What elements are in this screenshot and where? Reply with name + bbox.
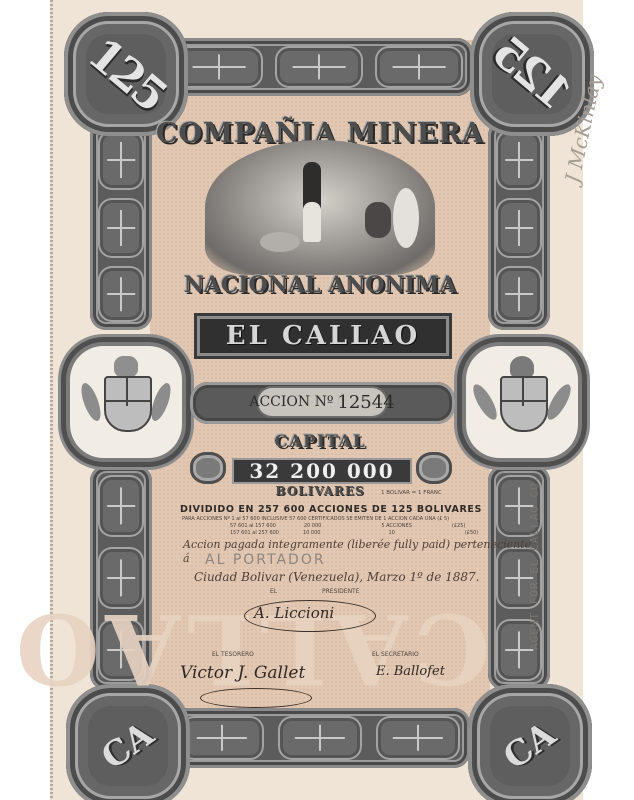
left-seal-icon [190, 452, 226, 484]
company-name: EL CALLAO [226, 321, 420, 351]
president-label-prefix: EL [270, 588, 277, 595]
ornament-cell [98, 266, 144, 322]
president-signature: A. Liccioni [254, 604, 334, 622]
ornament-cell [496, 130, 542, 190]
denomination-125: 125 [78, 28, 174, 120]
table-row: 157 601 al 257 60010 00010(£50) [230, 530, 478, 536]
right-seal-icon [416, 452, 452, 484]
ornament-cell [278, 716, 362, 760]
treasurer-label: EL TESORERO [212, 651, 254, 658]
right-border-band [488, 120, 550, 330]
fire-smoke [393, 188, 419, 248]
place-date: Ciudad Bolivar (Venezuela), Marzo 1º de … [194, 570, 480, 584]
kneeling-miner-figure [365, 202, 391, 238]
share-number: 12544 [337, 392, 394, 413]
ornament-cell [376, 716, 460, 760]
agent-stamp: AGENT FOR EL CALLAO CO. [528, 475, 541, 650]
treasurer-signature-flourish [200, 688, 312, 708]
ornament-cell [98, 130, 144, 190]
division-heading: DIVIDIDO EN 257 600 ACCIONES DE 125 BOLI… [180, 504, 470, 515]
left-border-band [90, 120, 152, 330]
ornament-cell [98, 198, 144, 258]
ornament-cell [375, 46, 463, 88]
ornament-cell [175, 46, 263, 88]
capital-label: CAPITAL [150, 432, 490, 452]
ornament-cell [496, 198, 542, 258]
share-number-oval: ACCION Nº 12544 [258, 388, 386, 416]
ornament-cell [275, 46, 363, 88]
denomination-125: 125 [484, 28, 580, 120]
holder-prefix: á [183, 552, 190, 565]
top-border-band [165, 38, 473, 96]
treasurer-signature: Victor J. Gallet [180, 663, 305, 683]
ornament-cell [98, 475, 144, 537]
table-row: 57 601 al 157 60020 0005 ACCIONES(£25) [230, 523, 465, 529]
secretary-signature: E. Ballofet [376, 664, 445, 679]
capital-amount: 32 200 000 [249, 459, 394, 483]
share-number-label: ACCION Nº [249, 394, 333, 410]
miner-figure [303, 162, 321, 242]
bottom-border-band [170, 708, 470, 768]
monogram-ca: CA [497, 714, 564, 777]
president-label: PRESIDENTE [322, 588, 360, 595]
table-row: PARA ACCIONES Nº 1 al 57 600 INCLUSIVE 5… [182, 516, 449, 522]
company-name-panel: EL CALLAO [197, 316, 449, 356]
exchange-note: 1 BOLIVAR = 1 FRANC [381, 490, 442, 496]
holder-name: AL PORTADOR [205, 552, 326, 568]
ornament-cell [496, 266, 542, 322]
ornament-cell [180, 716, 264, 760]
secretary-label: EL SECRETARIO [372, 651, 419, 658]
monogram-ca: CA [95, 714, 162, 777]
mining-scene-vignette [205, 140, 435, 275]
title-line-2: NACIONAL ANONIMA [150, 272, 490, 298]
paid-line: Accion pagada integramente (liberée full… [183, 538, 531, 551]
rocks [260, 232, 300, 252]
capital-amount-panel: 32 200 000 [232, 458, 412, 484]
